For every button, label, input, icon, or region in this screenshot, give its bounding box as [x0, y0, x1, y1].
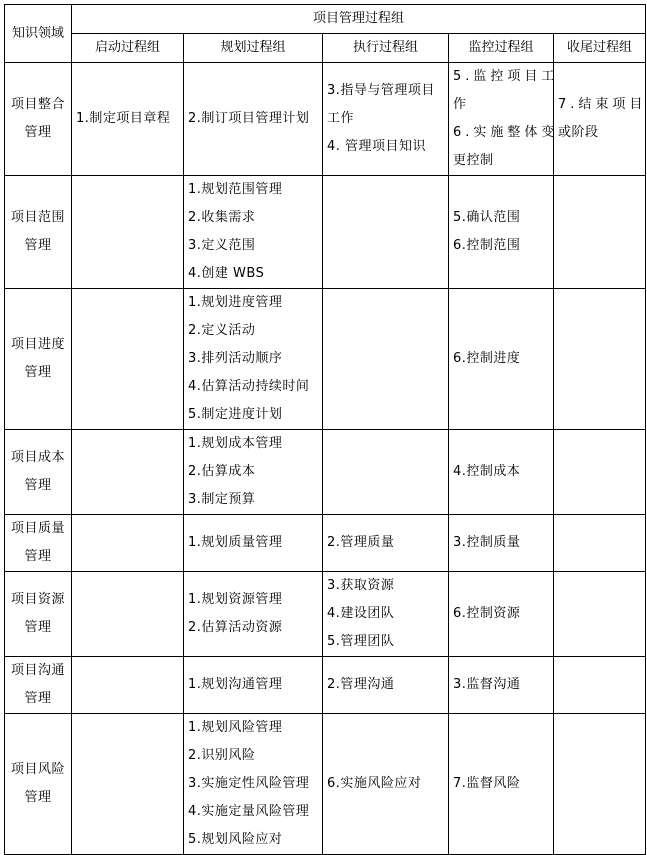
closing-cell — [554, 176, 646, 289]
initiating-cell: 1.制定项目章程 — [72, 63, 184, 176]
process-item: 3.指导与管理项目 — [327, 77, 444, 105]
process-item: 6.控制范围 — [453, 232, 549, 260]
planning-cell: 1.规划沟通管理 — [184, 657, 323, 714]
knowledge-area-cell: 项目成本 管理 — [5, 430, 72, 515]
executing-cell: 2.管理质量 — [323, 515, 449, 572]
process-item: 2.识别风险 — [188, 742, 318, 770]
area-line: 管理 — [9, 472, 67, 500]
closing-cell — [554, 289, 646, 430]
process-item: 1.规划范围管理 — [188, 176, 318, 204]
monitoring-cell: 5.监控项目工 作 6.实施整体变 更控制 — [449, 63, 554, 176]
initiating-cell — [72, 572, 184, 657]
header-row-top: 知识领域 项目管理过程组 — [5, 5, 646, 34]
executing-cell — [323, 430, 449, 515]
process-item: 作 — [453, 91, 549, 119]
process-item: 1.规划进度管理 — [188, 289, 318, 317]
process-item: 1.规划沟通管理 — [188, 671, 318, 699]
area-line: 项目资源 — [9, 586, 67, 614]
process-item: 3.获取资源 — [327, 572, 444, 600]
process-item: 或阶段 — [558, 119, 641, 147]
process-item: 3.监督沟通 — [453, 671, 549, 699]
executing-cell: 3.获取资源 4.建设团队 5.管理团队 — [323, 572, 449, 657]
process-item: 1.规划质量管理 — [188, 529, 318, 557]
process-item: 1.规划成本管理 — [188, 430, 318, 458]
knowledge-area-cell: 项目范围 管理 — [5, 176, 72, 289]
process-item: 3.定义范围 — [188, 232, 318, 260]
knowledge-area-cell: 项目沟通 管理 — [5, 657, 72, 714]
process-item: 5.规划风险应对 — [188, 826, 318, 854]
process-item: 4.估算活动持续时间 — [188, 373, 318, 401]
closing-cell — [554, 515, 646, 572]
planning-cell: 1.规划成本管理 2.估算成本 3.制定预算 — [184, 430, 323, 515]
process-groups-table: 知识领域 项目管理过程组 启动过程组 规划过程组 执行过程组 监控过程组 收尾过… — [4, 4, 646, 855]
planning-cell: 1.规划风险管理 2.识别风险 3.实施定性风险管理 4.实施定量风险管理 5.… — [184, 714, 323, 855]
executing-cell: 6.实施风险应对 — [323, 714, 449, 855]
process-item: 2.估算活动资源 — [188, 614, 318, 642]
process-item: 3.实施定性风险管理 — [188, 770, 318, 798]
process-item: 6.控制进度 — [453, 345, 549, 373]
process-item: 4.实施定量风险管理 — [188, 798, 318, 826]
area-line: 管理 — [9, 784, 67, 812]
column-header-planning: 规划过程组 — [184, 34, 323, 63]
process-item: 1.规划风险管理 — [188, 714, 318, 742]
table-body: 项目整合 管理 1.制定项目章程 2.制订项目管理计划 3.指导与管理项目 工作… — [5, 63, 646, 855]
area-line: 管理 — [9, 614, 67, 642]
monitoring-cell: 5.确认范围 6.控制范围 — [449, 176, 554, 289]
process-item: 4.控制成本 — [453, 458, 549, 486]
process-item: 3.控制质量 — [453, 529, 549, 557]
table-row-resource: 项目资源 管理 1.规划资源管理 2.估算活动资源 3.获取资源 4.建设团队 … — [5, 572, 646, 657]
monitoring-cell: 3.监督沟通 — [449, 657, 554, 714]
closing-cell — [554, 430, 646, 515]
process-item: 2.制订项目管理计划 — [188, 105, 318, 133]
closing-cell — [554, 572, 646, 657]
initiating-cell — [72, 176, 184, 289]
planning-cell: 2.制订项目管理计划 — [184, 63, 323, 176]
executing-cell: 2.管理沟通 — [323, 657, 449, 714]
process-item: 3.制定预算 — [188, 486, 318, 514]
process-item: 6.控制资源 — [453, 600, 549, 628]
table-row-communications: 项目沟通 管理 1.规划沟通管理 2.管理沟通 3.监督沟通 — [5, 657, 646, 714]
area-line: 项目沟通 — [9, 657, 67, 685]
monitoring-cell: 6.控制资源 — [449, 572, 554, 657]
closing-cell — [554, 657, 646, 714]
monitoring-cell: 4.控制成本 — [449, 430, 554, 515]
knowledge-area-header: 知识领域 — [5, 5, 72, 63]
process-item: 2.收集需求 — [188, 204, 318, 232]
area-line: 管理 — [9, 119, 67, 147]
process-item: 1.规划资源管理 — [188, 586, 318, 614]
monitoring-cell: 6.控制进度 — [449, 289, 554, 430]
planning-cell: 1.规划范围管理 2.收集需求 3.定义范围 4.创建 WBS — [184, 176, 323, 289]
process-item: 2.管理质量 — [327, 529, 444, 557]
process-item: 1.制定项目章程 — [76, 105, 179, 133]
process-item: 4.创建 WBS — [188, 260, 318, 288]
planning-cell: 1.规划进度管理 2.定义活动 3.排列活动顺序 4.估算活动持续时间 5.制定… — [184, 289, 323, 430]
knowledge-area-cell: 项目进度 管理 — [5, 289, 72, 430]
table-row-scope: 项目范围 管理 1.规划范围管理 2.收集需求 3.定义范围 4.创建 WBS … — [5, 176, 646, 289]
initiating-cell — [72, 714, 184, 855]
executing-cell — [323, 289, 449, 430]
column-header-executing: 执行过程组 — [323, 34, 449, 63]
table-row-schedule: 项目进度 管理 1.规划进度管理 2.定义活动 3.排列活动顺序 4.估算活动持… — [5, 289, 646, 430]
knowledge-area-cell: 项目质量 管理 — [5, 515, 72, 572]
area-line: 项目成本 — [9, 444, 67, 472]
process-item: 6.实施风险应对 — [327, 770, 444, 798]
process-item: 2.管理沟通 — [327, 671, 444, 699]
process-item: 5.确认范围 — [453, 204, 549, 232]
process-item: 5.制定进度计划 — [188, 401, 318, 429]
process-item: 4. 管理项目知识 — [327, 133, 444, 161]
knowledge-area-cell: 项目整合 管理 — [5, 63, 72, 176]
area-line: 管理 — [9, 685, 67, 713]
planning-cell: 1.规划质量管理 — [184, 515, 323, 572]
monitoring-cell: 7.监督风险 — [449, 714, 554, 855]
executing-cell — [323, 176, 449, 289]
column-header-monitoring: 监控过程组 — [449, 34, 554, 63]
table-row-quality: 项目质量 管理 1.规划质量管理 2.管理质量 3.控制质量 — [5, 515, 646, 572]
process-item: 6.实施整体变 — [453, 119, 549, 147]
monitoring-cell: 3.控制质量 — [449, 515, 554, 572]
initiating-cell — [72, 515, 184, 572]
area-line: 项目进度 — [9, 331, 67, 359]
executing-cell: 3.指导与管理项目 工作 4. 管理项目知识 — [323, 63, 449, 176]
area-line: 项目质量 — [9, 515, 67, 543]
process-item: 2.估算成本 — [188, 458, 318, 486]
process-item: 工作 — [327, 105, 444, 133]
area-line: 项目风险 — [9, 756, 67, 784]
closing-cell — [554, 714, 646, 855]
table-row-cost: 项目成本 管理 1.规划成本管理 2.估算成本 3.制定预算 4.控制成本 — [5, 430, 646, 515]
knowledge-area-cell: 项目资源 管理 — [5, 572, 72, 657]
process-item: 3.排列活动顺序 — [188, 345, 318, 373]
table-row-risk: 项目风险 管理 1.规划风险管理 2.识别风险 3.实施定性风险管理 4.实施定… — [5, 714, 646, 855]
area-line: 管理 — [9, 359, 67, 387]
header-row-columns: 启动过程组 规划过程组 执行过程组 监控过程组 收尾过程组 — [5, 34, 646, 63]
area-line: 项目整合 — [9, 91, 67, 119]
initiating-cell — [72, 657, 184, 714]
table-row-integration: 项目整合 管理 1.制定项目章程 2.制订项目管理计划 3.指导与管理项目 工作… — [5, 63, 646, 176]
initiating-cell — [72, 289, 184, 430]
process-item: 5.管理团队 — [327, 628, 444, 656]
process-item: 4.建设团队 — [327, 600, 444, 628]
column-header-initiating: 启动过程组 — [72, 34, 184, 63]
planning-cell: 1.规划资源管理 2.估算活动资源 — [184, 572, 323, 657]
column-header-closing: 收尾过程组 — [554, 34, 646, 63]
closing-cell: 7.结束项目 或阶段 — [554, 63, 646, 176]
knowledge-area-cell: 项目风险 管理 — [5, 714, 72, 855]
process-item: 5.监控项目工 — [453, 63, 549, 91]
process-item: 更控制 — [453, 147, 549, 175]
area-line: 管理 — [9, 543, 67, 571]
process-item: 7.监督风险 — [453, 770, 549, 798]
process-item: 7.结束项目 — [558, 91, 641, 119]
initiating-cell — [72, 430, 184, 515]
area-line: 项目范围 — [9, 204, 67, 232]
process-group-header: 项目管理过程组 — [72, 5, 646, 34]
process-item: 2.定义活动 — [188, 317, 318, 345]
area-line: 管理 — [9, 232, 67, 260]
